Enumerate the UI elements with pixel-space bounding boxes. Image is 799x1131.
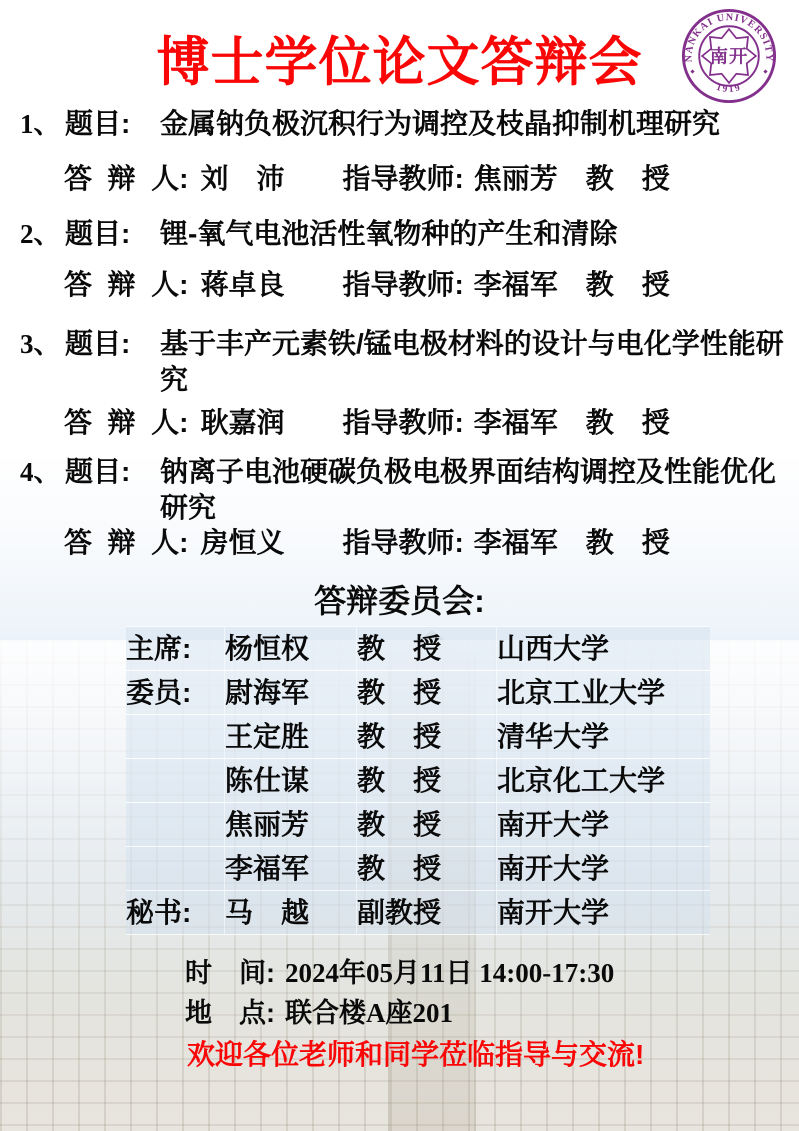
defense-item-2-topic-row: 2、 题目: 锂-氧气电池活性氧物种的产生和清除 <box>0 216 799 252</box>
title-cell: 教 授 <box>357 759 497 802</box>
role-cell <box>126 715 225 758</box>
committee-heading: 答辩委员会: <box>0 576 799 622</box>
defender-label: 答 辩 人: <box>64 268 188 302</box>
title-cell: 教 授 <box>357 715 497 758</box>
committee-row: 焦丽芳 教 授 南开大学 <box>126 803 710 847</box>
page-title: 博士学位论文答辩会 <box>0 20 799 96</box>
role-cell <box>126 759 225 802</box>
topic-label: 题目: <box>65 454 160 490</box>
advisor-name: 焦丽芳 教 授 <box>474 162 670 196</box>
role-cell: 秘书: <box>126 891 225 934</box>
time-value: 2024年05月11日 14:00-17:30 <box>285 956 614 990</box>
nankai-university-logo: NANKAI UNIVERSITY 1919 南开 <box>681 8 777 104</box>
place-label: 地 点: <box>185 996 275 1030</box>
advisor-label: 指导教师: <box>342 268 463 302</box>
topic-number: 1、 <box>20 106 65 142</box>
advisor-label: 指导教师: <box>342 526 463 560</box>
defender-name: 蒋卓良 <box>200 268 342 302</box>
topic-label: 题目: <box>65 326 160 362</box>
name-cell: 马 越 <box>225 891 357 934</box>
role-cell <box>126 803 225 846</box>
topic-label: 题目: <box>65 216 160 252</box>
topic-label: 题目: <box>65 106 160 142</box>
defense-item-2-person-row: 答 辩 人: 蒋卓良 指导教师: 李福军 教 授 <box>0 268 799 302</box>
logo-center-characters: 南开 <box>710 46 748 67</box>
defender-name: 房恒义 <box>200 526 342 560</box>
university-cell: 南开大学 <box>497 803 710 846</box>
name-cell: 焦丽芳 <box>225 803 357 846</box>
committee-row: 委员: 尉海军 教 授 北京工业大学 <box>126 671 710 715</box>
name-cell: 陈仕谋 <box>225 759 357 802</box>
role-cell: 主席: <box>126 627 225 670</box>
time-label: 时 间: <box>185 956 275 990</box>
topic-number: 4、 <box>20 454 65 490</box>
place-row: 地 点: 联合楼A座201 <box>0 996 799 1030</box>
role-cell <box>126 847 225 890</box>
topic-number: 2、 <box>20 216 65 252</box>
university-cell: 北京化工大学 <box>497 759 710 802</box>
title-cell: 教 授 <box>357 847 497 890</box>
defender-label: 答 辩 人: <box>64 406 188 440</box>
committee-row: 王定胜 教 授 清华大学 <box>126 715 710 759</box>
topic-text: 基于丰产元素铁/锰电极材料的设计与电化学性能研究 <box>160 326 784 398</box>
advisor-label: 指导教师: <box>342 162 463 196</box>
defense-item-3-topic-row: 3、 题目: 基于丰产元素铁/锰电极材料的设计与电化学性能研究 <box>0 326 799 398</box>
committee-table: 主席: 杨恒权 教 授 山西大学 委员: 尉海军 教 授 北京工业大学 王定胜 … <box>126 626 710 935</box>
university-cell: 清华大学 <box>497 715 710 758</box>
title-cell: 教 授 <box>357 803 497 846</box>
topic-number: 3、 <box>20 326 65 362</box>
defense-item-1-person-row: 答 辩 人: 刘 沛 指导教师: 焦丽芳 教 授 <box>0 162 799 196</box>
time-row: 时 间: 2024年05月11日 14:00-17:30 <box>0 956 799 990</box>
defense-item-4-person-row: 答 辩 人: 房恒义 指导教师: 李福军 教 授 <box>0 526 799 560</box>
title-cell: 教 授 <box>357 671 497 714</box>
place-value: 联合楼A座201 <box>285 996 453 1030</box>
advisor-label: 指导教师: <box>342 406 463 440</box>
university-cell: 山西大学 <box>497 627 710 670</box>
title-cell: 副教授 <box>357 891 497 934</box>
welcome-banner: 欢迎各位老师和同学莅临指导与交流! <box>0 1038 799 1072</box>
university-cell: 北京工业大学 <box>497 671 710 714</box>
defense-item-3-person-row: 答 辩 人: 耿嘉润 指导教师: 李福军 教 授 <box>0 406 799 440</box>
committee-row: 李福军 教 授 南开大学 <box>126 847 710 891</box>
university-cell: 南开大学 <box>497 891 710 934</box>
defense-announcement-poster: 博士学位论文答辩会 NANKAI UNIVERSITY 1919 南开 1、 题… <box>0 0 799 1131</box>
university-cell: 南开大学 <box>497 847 710 890</box>
defense-item-4-topic-row: 4、 题目: 钠离子电池硬碳负极电极界面结构调控及性能优化研究 <box>0 454 799 526</box>
name-cell: 杨恒权 <box>225 627 357 670</box>
defender-name: 刘 沛 <box>200 162 342 196</box>
defender-label: 答 辩 人: <box>64 526 188 560</box>
committee-row: 主席: 杨恒权 教 授 山西大学 <box>126 626 710 671</box>
name-cell: 李福军 <box>225 847 357 890</box>
defender-label: 答 辩 人: <box>64 162 188 196</box>
advisor-name: 李福军 教 授 <box>474 526 670 560</box>
advisor-name: 李福军 教 授 <box>474 268 670 302</box>
defense-item-1-topic-row: 1、 题目: 金属钠负极沉积行为调控及枝晶抑制机理研究 <box>0 106 799 142</box>
title-cell: 教 授 <box>357 627 497 670</box>
defender-name: 耿嘉润 <box>200 406 342 440</box>
topic-text: 锂-氧气电池活性氧物种的产生和清除 <box>160 216 784 252</box>
topic-text: 钠离子电池硬碳负极电极界面结构调控及性能优化研究 <box>160 454 784 526</box>
advisor-name: 李福军 教 授 <box>474 406 670 440</box>
name-cell: 尉海军 <box>225 671 357 714</box>
committee-row: 秘书: 马 越 副教授 南开大学 <box>126 891 710 935</box>
name-cell: 王定胜 <box>225 715 357 758</box>
role-cell: 委员: <box>126 671 225 714</box>
committee-row: 陈仕谋 教 授 北京化工大学 <box>126 759 710 803</box>
topic-text: 金属钠负极沉积行为调控及枝晶抑制机理研究 <box>160 106 784 142</box>
